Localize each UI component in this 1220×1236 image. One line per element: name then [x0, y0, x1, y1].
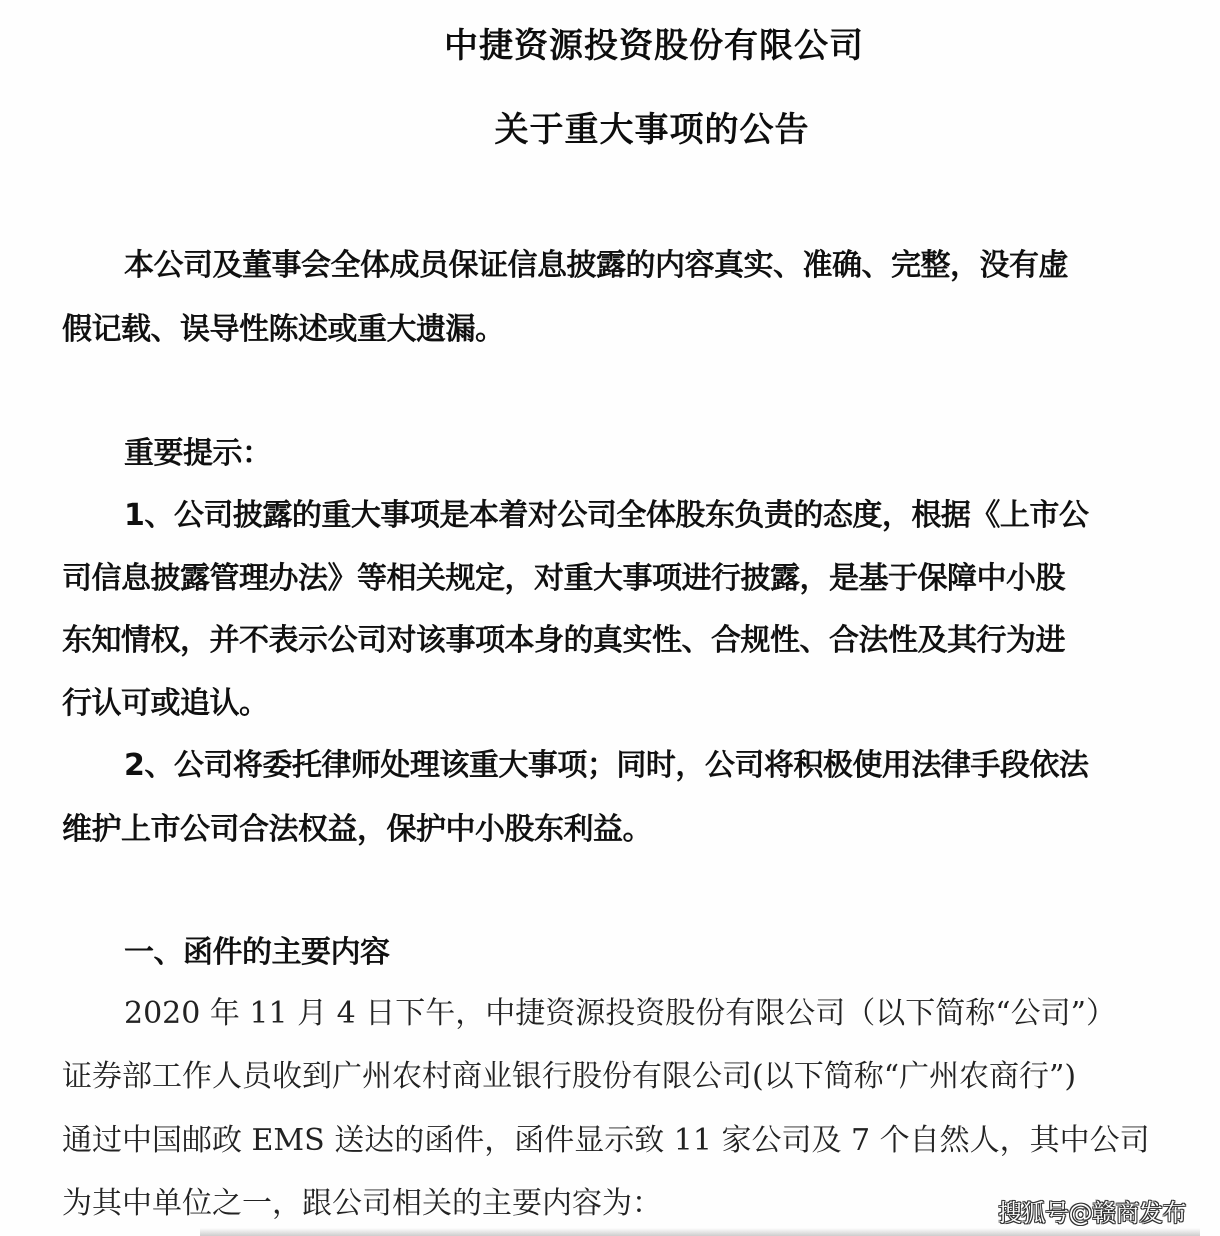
section-1-paragraph-line-3: 通过中国邮政 EMS 送达的函件，函件显示致 11 家公司及 7 个自然人，其中… [62, 1115, 1150, 1159]
board-statement-line-1: 本公司及董事会全体成员保证信息披露的内容真实、准确、完整，没有虚 [124, 240, 1068, 284]
section-1-paragraph-line-1: 2020 年 11 月 4 日下午，中捷资源投资股份有限公司（以下简称“公司”） [124, 988, 1116, 1032]
announcement-title: 关于重大事项的公告 [42, 102, 1220, 151]
section-1-paragraph-line-4: 为其中单位之一，跟公司相关的主要内容为： [62, 1178, 662, 1222]
section-1-paragraph-line-2: 证券部工作人员收到广州农村商业银行股份有限公司(以下简称“广州农商行”) [62, 1051, 1076, 1095]
notice-item-1-line-1: 1、公司披露的重大事项是本着对公司全体股东负责的态度，根据《上市公 [124, 490, 1088, 534]
board-statement-line-2: 假记载、误导性陈述或重大遗漏。 [62, 304, 505, 348]
section-1-heading: 一、函件的主要内容 [124, 927, 390, 971]
notice-item-1-line-2: 司信息披露管理办法》等相关规定，对重大事项进行披露，是基于保障中小股 [62, 553, 1065, 597]
important-notice-heading: 重要提示： [124, 428, 272, 472]
watermark: 搜狐号@赣商发布 [998, 1193, 1186, 1228]
notice-item-2-line-1: 2、公司将委托律师处理该重大事项；同时，公司将积极使用法律手段依法 [124, 740, 1088, 784]
notice-item-1-line-3: 东知情权，并不表示公司对该事项本身的真实性、合规性、合法性及其行为进 [62, 615, 1065, 659]
document-page: 中捷资源投资股份有限公司 关于重大事项的公告 本公司及董事会全体成员保证信息披露… [0, 0, 1220, 1236]
notice-item-1-line-4: 行认可或追认。 [62, 678, 269, 722]
company-title: 中捷资源投资股份有限公司 [44, 18, 1220, 67]
notice-item-2-line-2: 维护上市公司合法权益，保护中小股东利益。 [62, 804, 652, 848]
cropped-next-line [200, 1228, 1200, 1236]
